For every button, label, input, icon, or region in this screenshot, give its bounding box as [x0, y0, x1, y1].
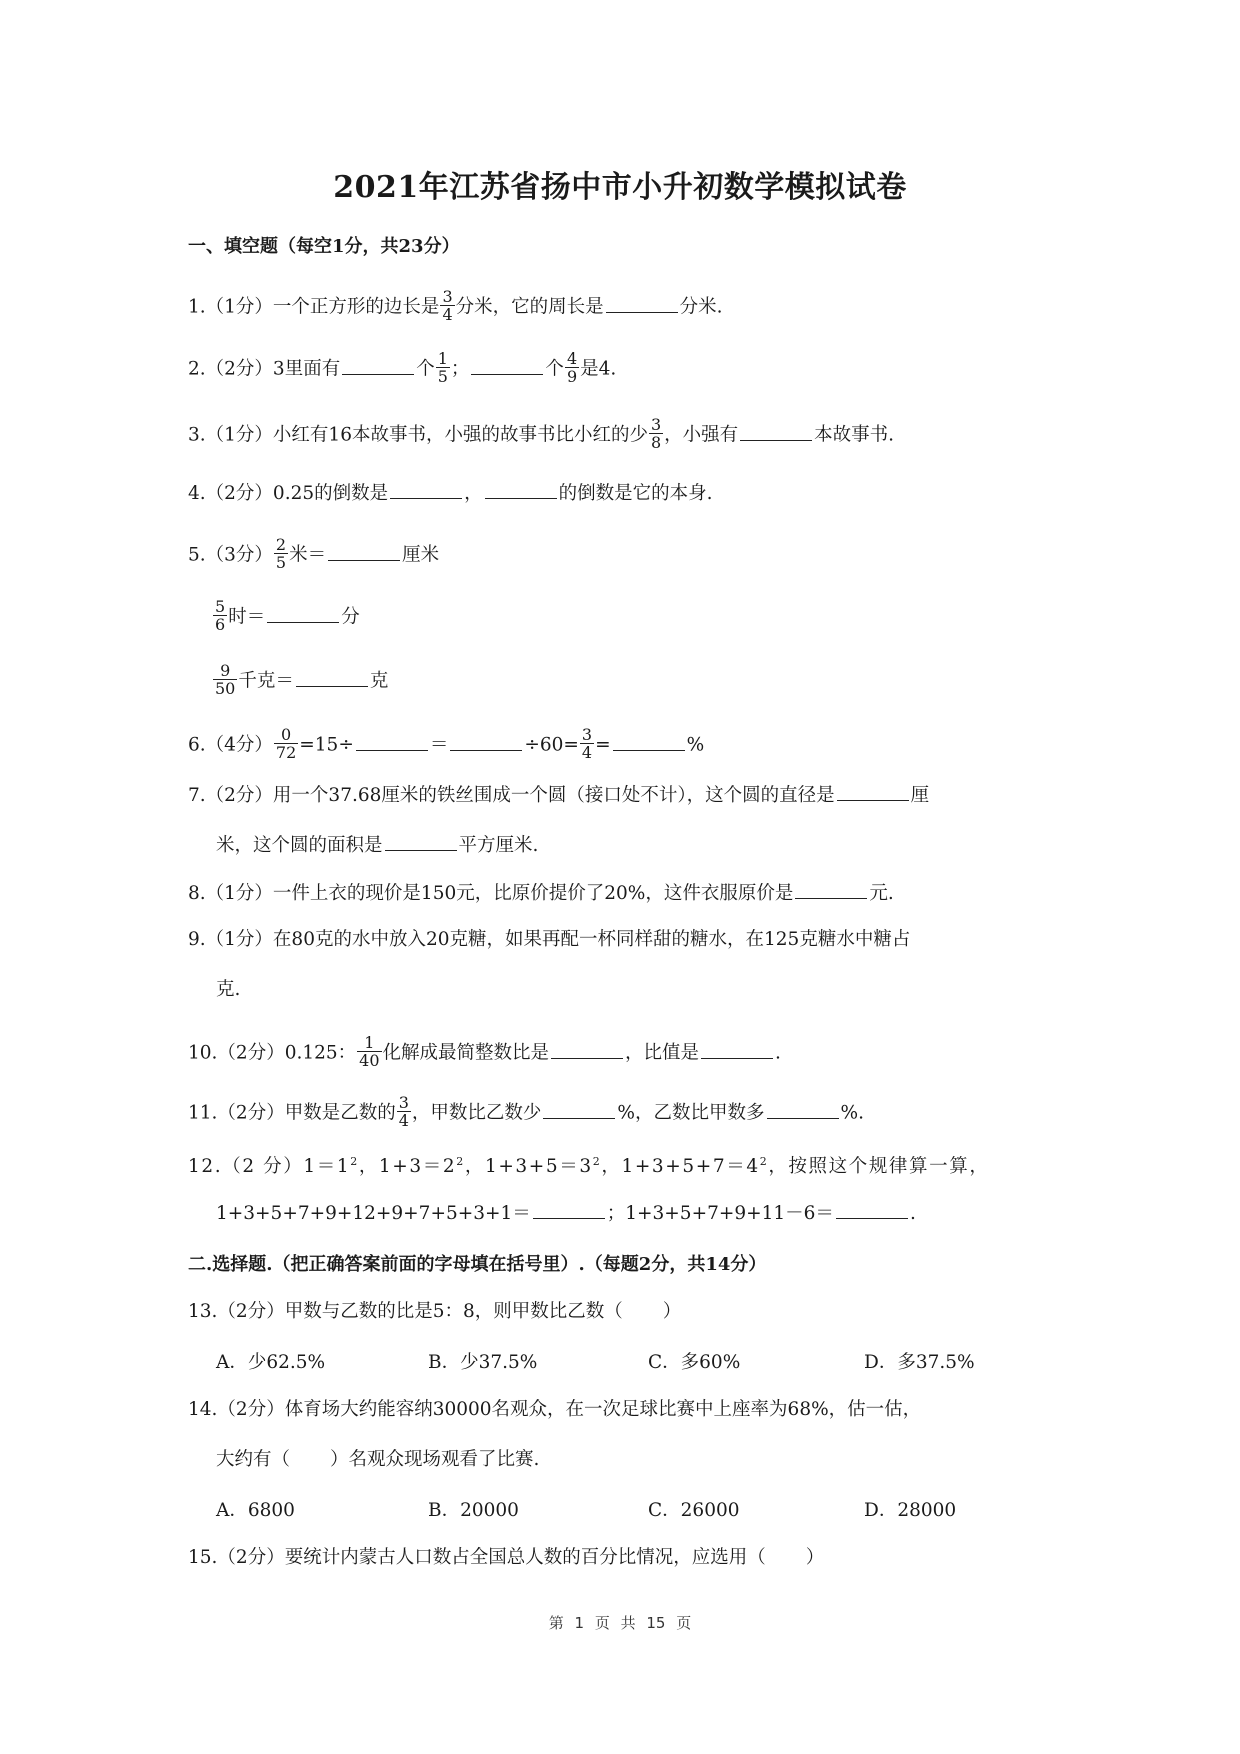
exam-page: 2021年江苏省扬中市小升初数学模拟试卷 一、填空题（每空1分，共23分） 1.…: [0, 0, 1240, 1754]
fraction: 34: [580, 726, 594, 761]
fraction: 49: [565, 350, 579, 385]
q14-option-c[interactable]: C．26000: [648, 1496, 740, 1522]
answer-blank[interactable]: [606, 294, 678, 313]
q13-option-d[interactable]: D．多37.5%: [864, 1348, 975, 1374]
fraction: 950: [213, 662, 237, 697]
question-10: 10.（2分）0.125：140化解成最简整数比是，比值是.: [188, 1036, 781, 1071]
question-8: 8.（1分）一件上衣的现价是150元，比原价提价了20%，这件衣服原价是元.: [188, 880, 894, 906]
q13-option-a[interactable]: A．少62.5%: [216, 1348, 325, 1374]
question-7: 7.（2分）用一个37.68厘米的铁丝围成一个圆（接口处不计），这个圆的直径是厘: [188, 782, 929, 808]
answer-blank[interactable]: [613, 732, 685, 751]
question-6: 6.（4分）072=15÷＝÷60=34=%: [188, 728, 704, 763]
answer-blank[interactable]: [450, 732, 522, 751]
section-heading-multiple-choice: 二.选择题.（把正确答案前面的字母填在括号里）.（每题2分，共14分）: [188, 1250, 766, 1276]
question-12: 12.（2 分）1＝12，1+3＝22，1+3+5＝32，1+3+5+7＝42，…: [188, 1150, 989, 1179]
q14-option-d[interactable]: D．28000: [864, 1496, 956, 1522]
question-14: 14.（2分）体育场大约能容纳30000名观众，在一次足球比赛中上座率为68%，…: [188, 1398, 921, 1422]
question-5-line-2: 56时＝分: [212, 600, 360, 635]
answer-blank[interactable]: [837, 782, 909, 801]
answer-blank[interactable]: [390, 480, 462, 499]
answer-blank[interactable]: [543, 1100, 615, 1119]
question-5-line-3: 950千克＝克: [212, 664, 388, 699]
answer-blank[interactable]: [471, 356, 543, 375]
question-7-line-2: 米，这个圆的面积是平方厘米.: [216, 832, 538, 858]
answer-blank[interactable]: [356, 732, 428, 751]
q13-option-b[interactable]: B．少37.5%: [428, 1348, 537, 1374]
q13-option-c[interactable]: C．多60%: [648, 1348, 740, 1374]
question-12-line-2: 1+3+5+7+9+12+9+7+5+3+1＝；1+3+5+7+9+11－6＝.: [216, 1200, 916, 1226]
answer-blank[interactable]: [485, 480, 557, 499]
question-9: 9.（1分）在80克的水中放入20克糖，如果再配一杯同样甜的糖水，在125克糖水…: [188, 928, 910, 952]
fraction: 140: [357, 1034, 381, 1069]
answer-blank[interactable]: [342, 356, 414, 375]
answer-blank[interactable]: [267, 604, 339, 623]
fraction: 072: [274, 726, 298, 761]
page-title: 2021年江苏省扬中市小升初数学模拟试卷: [0, 162, 1240, 206]
q14-option-b[interactable]: B．20000: [428, 1496, 519, 1522]
question-11: 11.（2分）甲数是乙数的34，甲数比乙数少%，乙数比甲数多%.: [188, 1096, 864, 1131]
q14-option-a[interactable]: A．6800: [216, 1496, 295, 1522]
question-4: 4.（2分）0.25的倒数是，的倒数是它的本身.: [188, 480, 713, 506]
question-3: 3.（1分）小红有16本故事书，小强的故事书比小红的少38，小强有本故事书.: [188, 418, 894, 453]
answer-blank[interactable]: [296, 668, 368, 687]
section-heading-fill-blank: 一、填空题（每空1分，共23分）: [188, 232, 460, 258]
question-2: 2.（2分）3里面有个15；个49是4.: [188, 352, 616, 387]
answer-blank[interactable]: [836, 1200, 908, 1219]
answer-blank[interactable]: [385, 832, 457, 851]
fraction: 34: [440, 288, 454, 323]
question-15: 15.（2分）要统计内蒙古人口数占全国总人数的百分比情况，应选用（）: [188, 1546, 824, 1570]
question-13: 13.（2分）甲数与乙数的比是5：8，则甲数比乙数（）: [188, 1300, 681, 1324]
fraction: 15: [436, 350, 450, 385]
answer-blank[interactable]: [767, 1100, 839, 1119]
answer-blank[interactable]: [551, 1040, 623, 1059]
answer-blank[interactable]: [795, 880, 867, 899]
answer-blank[interactable]: [701, 1040, 773, 1059]
question-9-line-2: 克.: [216, 978, 240, 1002]
question-5: 5.（3分）25米＝厘米: [188, 538, 439, 573]
question-14-line-2: 大约有（）名观众现场观看了比赛.: [216, 1448, 539, 1472]
answer-blank[interactable]: [740, 422, 812, 441]
fraction: 56: [213, 598, 227, 633]
answer-blank[interactable]: [533, 1200, 605, 1219]
fraction: 25: [274, 536, 288, 571]
fraction: 38: [649, 416, 663, 451]
answer-blank[interactable]: [328, 542, 400, 561]
fraction: 34: [397, 1094, 411, 1129]
q1-text: 1.（1分）一个正方形的边长是: [188, 297, 439, 318]
page-footer: 第 1 页 共 15 页: [0, 1612, 1240, 1633]
question-1: 1.（1分）一个正方形的边长是34分米，它的周长是分米.: [188, 290, 723, 325]
